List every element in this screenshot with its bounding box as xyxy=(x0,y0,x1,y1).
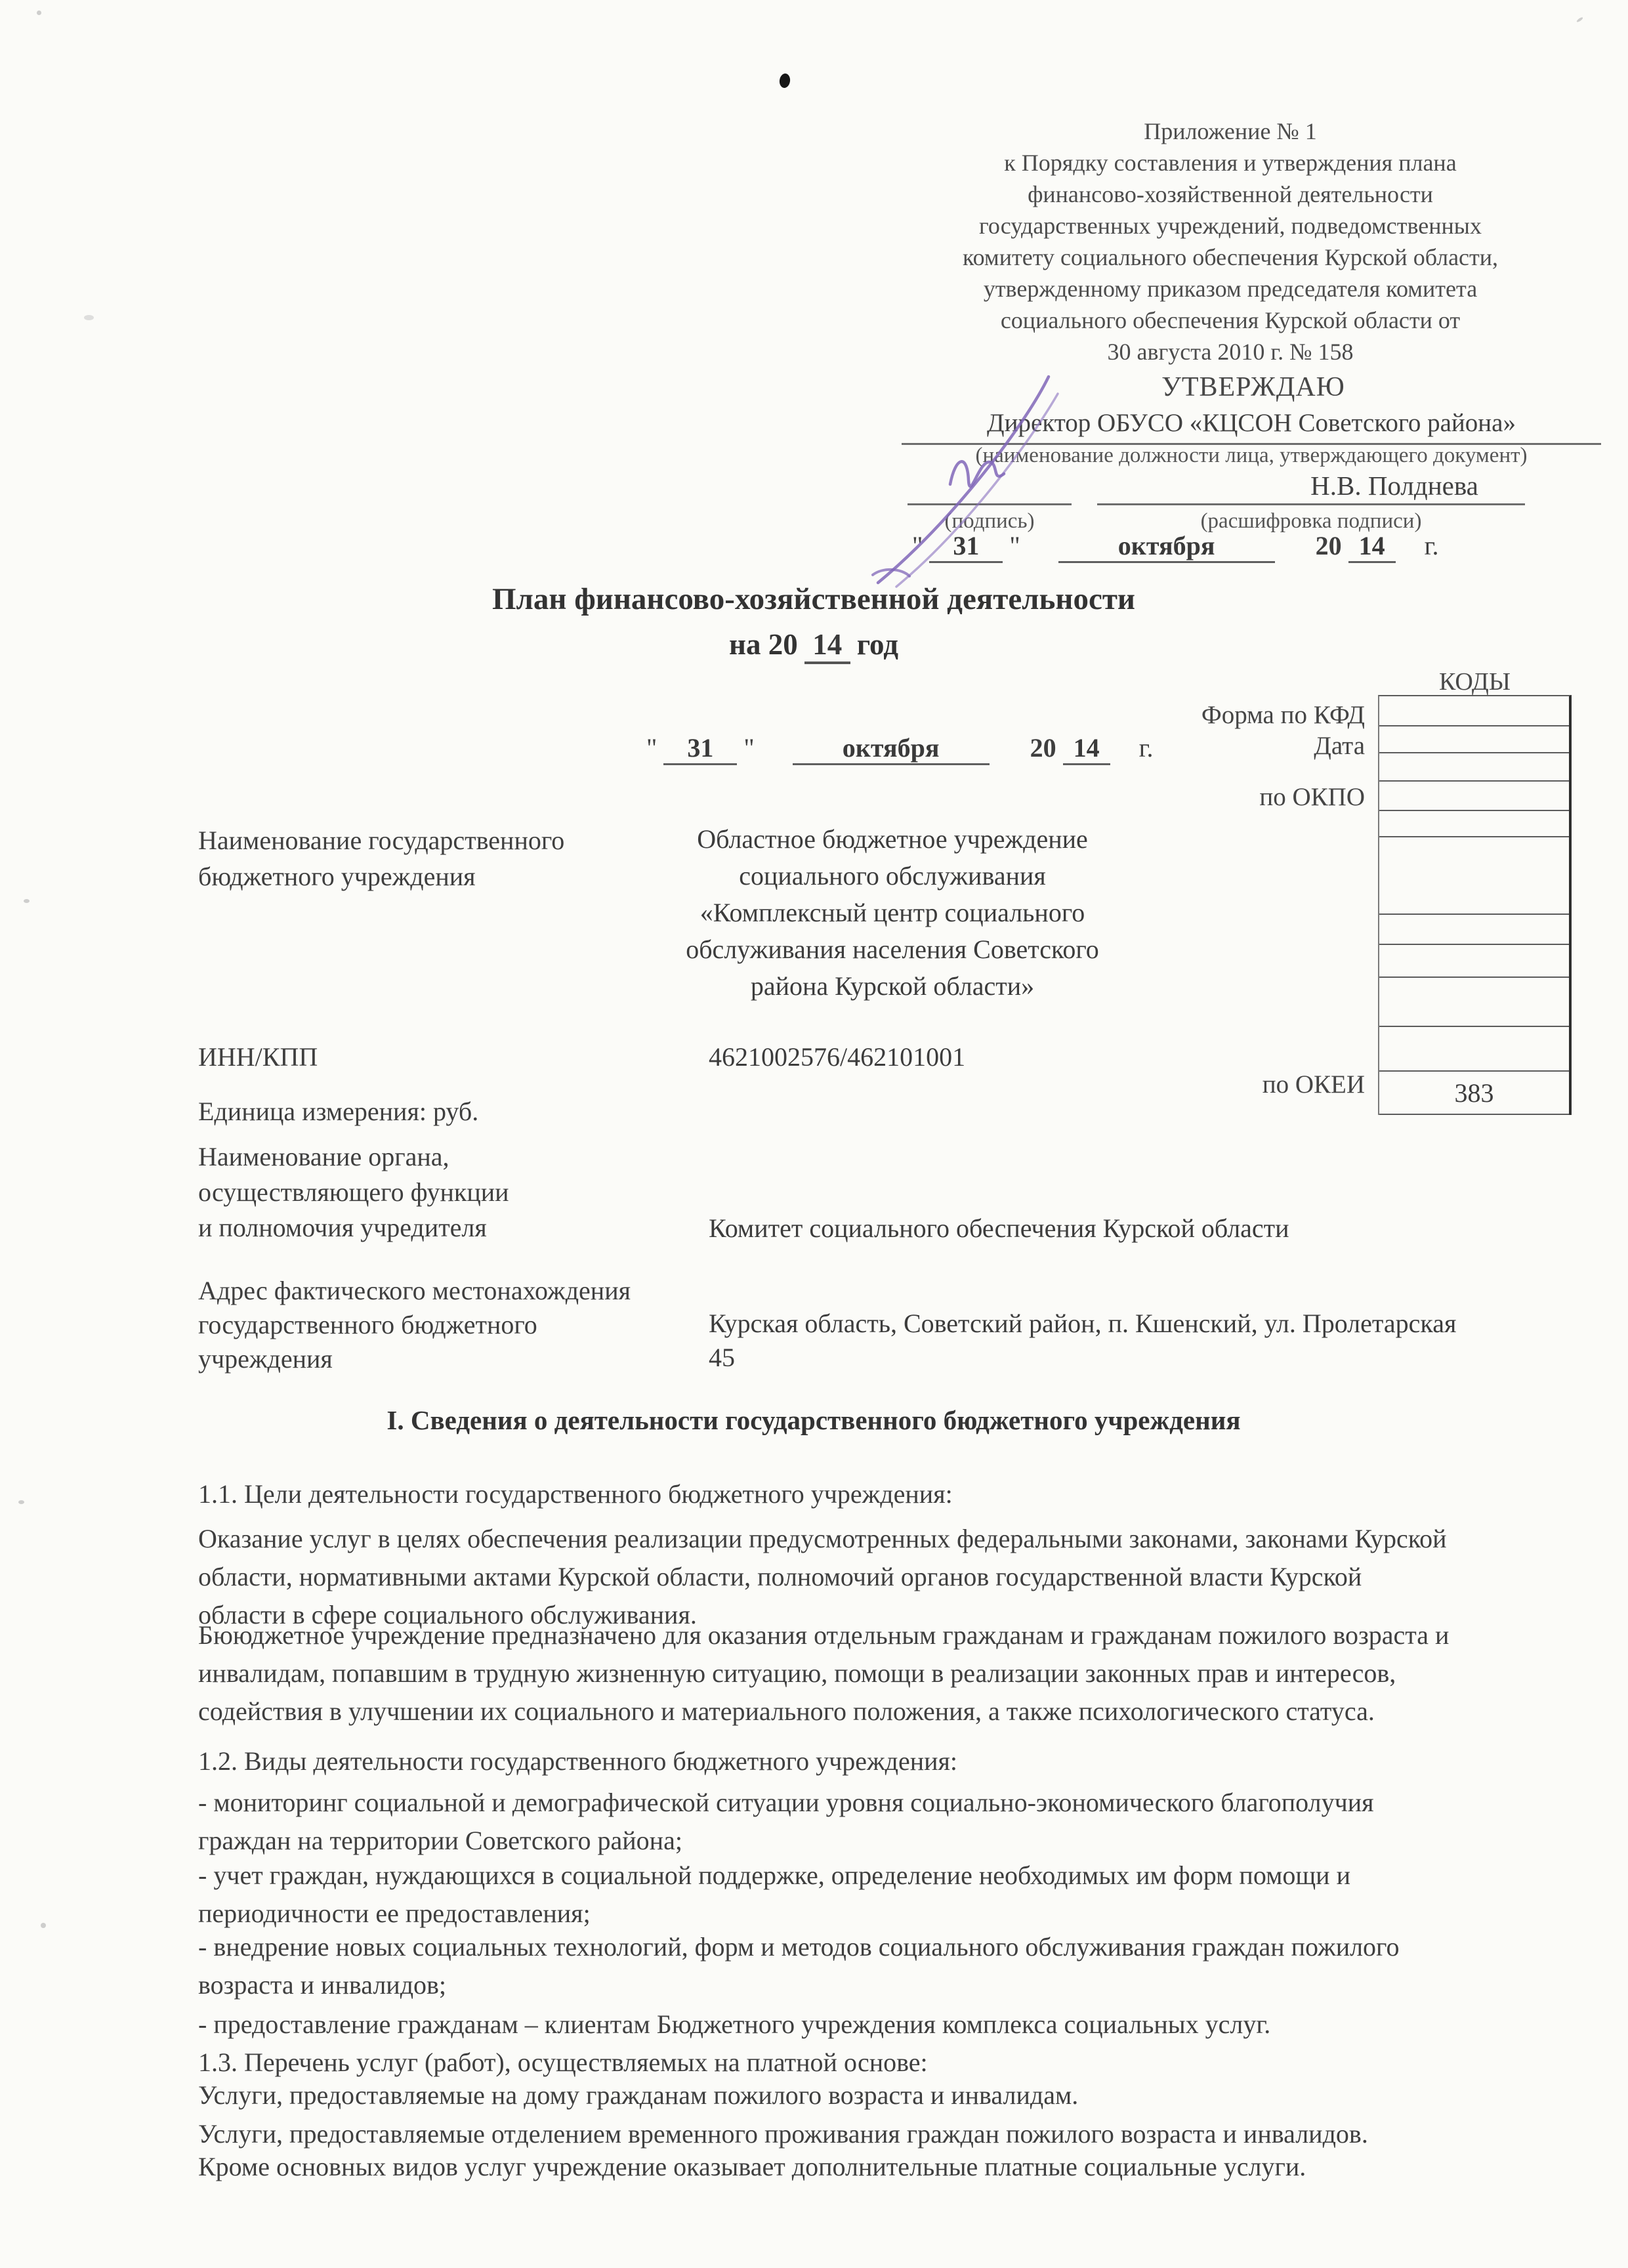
para-purpose-text: Бююджетное учреждение предназначено для … xyxy=(198,1616,1608,1731)
document-title: План финансово-хозяйственной деятельност… xyxy=(112,581,1516,617)
para-paid-additional-services: Кроме основных видов услуг учреждение ок… xyxy=(198,2148,1608,2186)
date-era: г. xyxy=(1139,733,1154,763)
field-address-value: Курская область, Советский район, п. Кше… xyxy=(709,1307,1614,1375)
codes-row-okpo xyxy=(1379,782,1569,811)
para-goals-heading: 1.1. Цели деятельности государственного … xyxy=(198,1475,1608,1513)
appendix-note: Приложение № 1 к Порядку составления и у… xyxy=(860,115,1601,367)
appendix-line: 30 августа 2010 г. № 158 xyxy=(860,336,1601,367)
scan-speck xyxy=(24,899,30,903)
label-forma-kfd: Форма по КФД xyxy=(1083,700,1365,730)
appendix-line: к Порядку составления и утверждения план… xyxy=(860,147,1601,178)
scan-ink-dot xyxy=(779,73,791,89)
title-year-prefix: на 20 xyxy=(729,628,798,661)
field-name-value: Областное бюджетное учреждение социально… xyxy=(663,821,1122,1005)
scan-speck xyxy=(1576,16,1583,23)
codes-row-empty xyxy=(1379,837,1569,915)
date-century: 20 xyxy=(1030,733,1056,763)
codes-row-empty xyxy=(1379,753,1569,782)
appendix-line: государственных учреждений, подведомстве… xyxy=(860,210,1601,241)
quote-close: " xyxy=(743,733,754,763)
field-founder-value: Комитет социального обеспечения Курской … xyxy=(709,1210,1289,1246)
codes-row-date xyxy=(1379,726,1569,753)
field-founder-label: Наименование органа, осуществляющего фун… xyxy=(198,1139,697,1246)
title-year-suffix: год xyxy=(857,628,898,661)
form-date-line: " 31 " октября 20 14 г. xyxy=(646,732,1154,765)
codes-row-empty xyxy=(1379,978,1569,1027)
codes-row-kfd xyxy=(1379,696,1569,726)
para-activity-technologies: - внедрение новых социальных технологий,… xyxy=(198,1928,1608,2004)
signature-scribble xyxy=(853,365,1102,591)
scan-speck xyxy=(84,315,94,320)
para-activity-services: - предоставление гражданам – клиентам Бю… xyxy=(198,2005,1608,2044)
date-era: г. xyxy=(1425,531,1439,560)
para-activity-monitoring: - мониторинг социальной и демографическо… xyxy=(198,1784,1608,1860)
field-name-label: Наименование государственного бюджетного… xyxy=(198,822,671,894)
appendix-line: комитету социального обеспечения Курской… xyxy=(860,241,1601,273)
appendix-line: Приложение № 1 xyxy=(860,115,1601,147)
codes-row-empty xyxy=(1379,915,1569,945)
appendix-line: финансово-хозяйственной деятельности xyxy=(860,178,1601,210)
codes-row-empty xyxy=(1379,1027,1569,1072)
date-day: 31 xyxy=(663,732,737,765)
document-title-year-line: на 2014год xyxy=(112,627,1516,664)
approver-name: Н.В. Полднева xyxy=(1276,470,1513,501)
appendix-line: утвержденному приказом председателя коми… xyxy=(860,273,1601,304)
codes-row-empty xyxy=(1379,811,1569,837)
field-unit-label: Единица измерения: руб. xyxy=(198,1093,478,1129)
codes-row-empty xyxy=(1379,945,1569,978)
date-month: октября xyxy=(793,732,990,765)
date-century: 20 xyxy=(1316,531,1342,560)
title-year: 14 xyxy=(804,627,850,664)
scan-speck xyxy=(37,10,41,15)
para-activities-heading: 1.2. Виды деятельности государственного … xyxy=(198,1742,1608,1780)
scanned-document-page: { "document": { "appendix_lines": [ "При… xyxy=(0,0,1628,2268)
date-year: 14 xyxy=(1063,732,1110,765)
label-okpo: по ОКПО xyxy=(1083,782,1365,812)
scan-speck xyxy=(41,1923,46,1928)
codes-table: 383 xyxy=(1378,695,1572,1115)
field-address-label: Адрес фактического местонахождения госуд… xyxy=(198,1274,736,1376)
name-line xyxy=(1097,503,1525,505)
section1-heading: I. Сведения о деятельности государственн… xyxy=(112,1404,1516,1436)
scan-speck xyxy=(18,1500,24,1504)
date-year: 14 xyxy=(1348,530,1396,563)
codes-header: КОДЫ xyxy=(1378,667,1572,696)
para-paid-home-services: Услуги, предоставляемые на дому граждана… xyxy=(198,2076,1608,2114)
field-inn-label: ИНН/КПП xyxy=(198,1039,318,1075)
appendix-line: социального обеспечения Курской области … xyxy=(860,304,1601,336)
field-inn-value: 4621002576/462101001 xyxy=(709,1039,965,1075)
quote-open: " xyxy=(646,733,657,763)
para-activity-accounting: - учет граждан, нуждающихся в социальной… xyxy=(198,1857,1608,1933)
codes-row-okei: 383 xyxy=(1379,1072,1569,1115)
label-okei: по ОКЕИ xyxy=(1083,1070,1365,1099)
okei-value: 383 xyxy=(1455,1078,1494,1108)
